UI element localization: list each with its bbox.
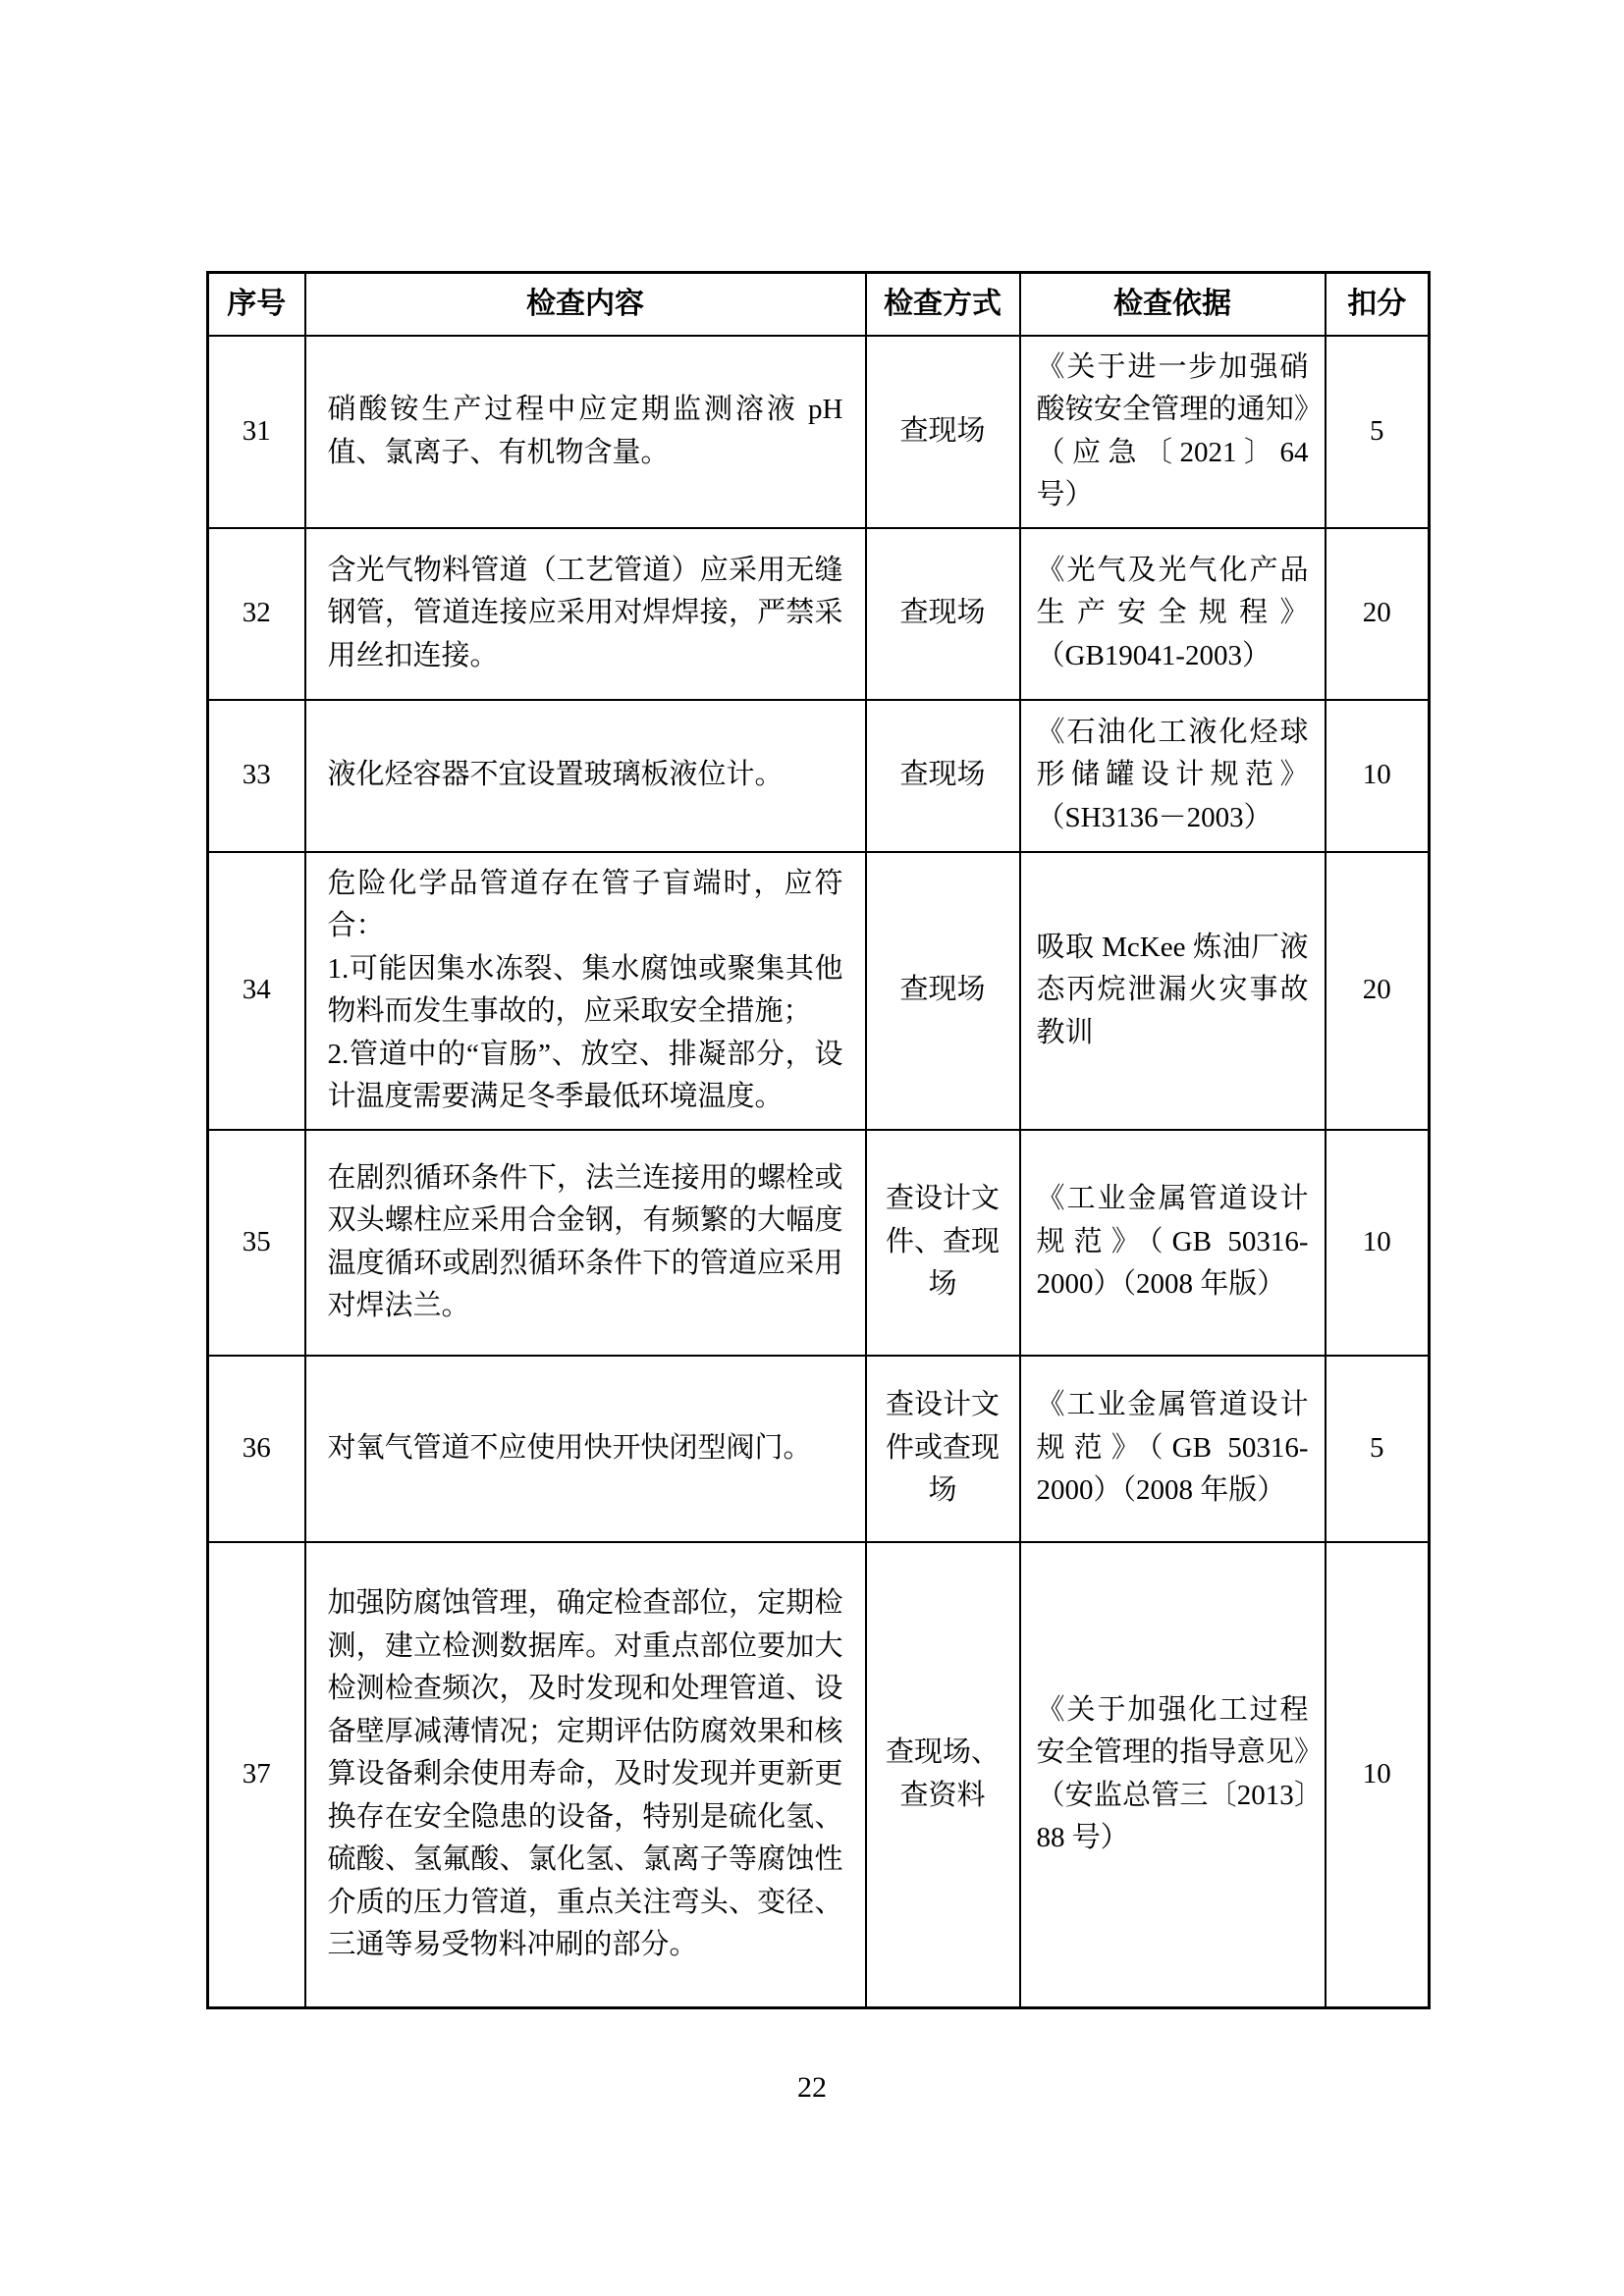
- row-number: 36: [208, 1356, 305, 1542]
- table-header-row: 序号 检查内容 检查方式 检查依据 扣分: [208, 273, 1430, 336]
- check-content: 加强防腐蚀管理，确定检查部位，定期检测，建立检测数据库。对重点部位要加大检测检查…: [305, 1542, 866, 2008]
- deduction-points: 10: [1326, 700, 1430, 852]
- check-basis: 《关于进一步加强硝酸铵安全管理的通知》（应急〔2021〕64 号）: [1020, 336, 1326, 528]
- check-method: 查设计文件、查现场: [866, 1130, 1020, 1356]
- column-header-deduction: 扣分: [1326, 273, 1430, 336]
- row-number: 33: [208, 700, 305, 852]
- document-page: 序号 检查内容 检查方式 检查依据 扣分 31 硝酸铵生产过程中应定期监测溶液 …: [0, 0, 1624, 2296]
- check-content: 含光气物料管道（工艺管道）应采用无缝钢管，管道连接应采用对焊焊接，严禁采用丝扣连…: [305, 528, 866, 700]
- column-header-content: 检查内容: [305, 273, 866, 336]
- inspection-table: 序号 检查内容 检查方式 检查依据 扣分 31 硝酸铵生产过程中应定期监测溶液 …: [206, 271, 1431, 2009]
- check-method: 查现场: [866, 528, 1020, 700]
- row-number: 32: [208, 528, 305, 700]
- check-content: 对氧气管道不应使用快开快闭型阀门。: [305, 1356, 866, 1542]
- check-content: 硝酸铵生产过程中应定期监测溶液 pH 值、氯离子、有机物含量。: [305, 336, 866, 528]
- row-number: 35: [208, 1130, 305, 1356]
- check-basis: 吸取 McKee 炼油厂液态丙烷泄漏火灾事故教训: [1020, 852, 1326, 1130]
- row-number: 34: [208, 852, 305, 1130]
- deduction-points: 20: [1326, 852, 1430, 1130]
- deduction-points: 10: [1326, 1130, 1430, 1356]
- check-basis: 《关于加强化工过程安全管理的指导意见》（安监总管三〔2013〕88 号）: [1020, 1542, 1326, 2008]
- table-row: 34 危险化学品管道存在管子盲端时，应符合： 1.可能因集水冻裂、集水腐蚀或聚集…: [208, 852, 1430, 1130]
- check-basis: 《光气及光气化产品生产安全规程》（GB19041-2003）: [1020, 528, 1326, 700]
- row-number: 31: [208, 336, 305, 528]
- check-method: 查设计文件或查现场: [866, 1356, 1020, 1542]
- table-row: 33 液化烃容器不宜设置玻璃板液位计。 查现场 《石油化工液化烃球形储罐设计规范…: [208, 700, 1430, 852]
- table-row: 36 对氧气管道不应使用快开快闭型阀门。 查设计文件或查现场 《工业金属管道设计…: [208, 1356, 1430, 1542]
- check-basis: 《石油化工液化烃球形储罐设计规范》（SH3136－2003）: [1020, 700, 1326, 852]
- table-row: 31 硝酸铵生产过程中应定期监测溶液 pH 值、氯离子、有机物含量。 查现场 《…: [208, 336, 1430, 528]
- table-row: 35 在剧烈循环条件下，法兰连接用的螺栓或双头螺柱应采用合金钢，有频繁的大幅度温…: [208, 1130, 1430, 1356]
- check-basis: 《工业金属管道设计规范》（GB 50316-2000）（2008 年版）: [1020, 1130, 1326, 1356]
- check-method: 查现场、查资料: [866, 1542, 1020, 2008]
- page-number: 22: [0, 2071, 1624, 2105]
- check-content: 液化烃容器不宜设置玻璃板液位计。: [305, 700, 866, 852]
- check-method: 查现场: [866, 852, 1020, 1130]
- deduction-points: 10: [1326, 1542, 1430, 2008]
- check-method: 查现场: [866, 700, 1020, 852]
- deduction-points: 5: [1326, 336, 1430, 528]
- check-basis: 《工业金属管道设计规范》（GB 50316-2000）（2008 年版）: [1020, 1356, 1326, 1542]
- column-header-method: 检查方式: [866, 273, 1020, 336]
- check-content: 在剧烈循环条件下，法兰连接用的螺栓或双头螺柱应采用合金钢，有频繁的大幅度温度循环…: [305, 1130, 866, 1356]
- deduction-points: 5: [1326, 1356, 1430, 1542]
- column-header-basis: 检查依据: [1020, 273, 1326, 336]
- table-row: 37 加强防腐蚀管理，确定检查部位，定期检测，建立检测数据库。对重点部位要加大检…: [208, 1542, 1430, 2008]
- table-row: 32 含光气物料管道（工艺管道）应采用无缝钢管，管道连接应采用对焊焊接，严禁采用…: [208, 528, 1430, 700]
- check-method: 查现场: [866, 336, 1020, 528]
- column-header-no: 序号: [208, 273, 305, 336]
- row-number: 37: [208, 1542, 305, 2008]
- deduction-points: 20: [1326, 528, 1430, 700]
- check-content: 危险化学品管道存在管子盲端时，应符合： 1.可能因集水冻裂、集水腐蚀或聚集其他物…: [305, 852, 866, 1130]
